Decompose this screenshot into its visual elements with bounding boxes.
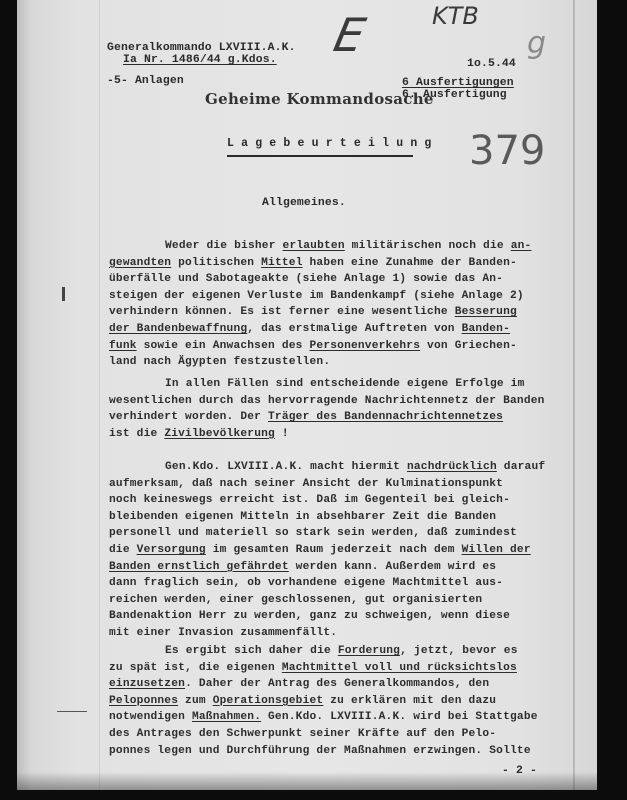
text-run: zu erklären mit den dazu [323,695,496,707]
paragraph-2-line: In allen Fällen sind entscheidende eigen… [165,378,525,390]
underlined-phrase: Träger des Bandennachrichtennetzes [268,411,503,423]
margin-dash [57,711,87,712]
text-run: Bandenaktion Herr zu werden, ganz zu sch… [109,610,510,622]
underlined-phrase: erlaubten [283,240,345,252]
paragraph-4-line: ponnes legen und Durchführung der Maßnah… [109,745,531,757]
paragraph-1-line: verhindern können. Es ist ferner eine we… [109,306,517,318]
text-run: reichen werden, einer geschlossenen, gut… [109,594,482,606]
paragraph-3-line: Gen.Kdo. LXVIII.A.K. macht hiermit nachd… [165,461,545,473]
underlined-phrase: Mittel [261,257,302,269]
paragraph-4-line: Es ergibt sich daher die Forderung, jetz… [165,645,518,657]
paragraph-4-line: einzusetzen. Daher der Antrag des Genera… [109,678,489,690]
command-line-1: Generalkommando LXVIII.A.K. [107,42,296,54]
underlined-phrase: Peloponnes [109,695,178,707]
paragraph-4-line: zu spät ist, die eigenen Machtmittel vol… [109,662,517,674]
paragraph-1-line: land nach Ägypten festzustellen. [109,356,330,368]
paragraph-1-line: steigen der eigenen Verluste im Bandenka… [109,290,524,302]
text-run: darauf [497,461,545,473]
text-run: im gesamten Raum jederzeit nach dem [206,544,462,556]
text-run: land nach Ägypten festzustellen. [109,356,330,368]
text-run: personell und materiell so stark sein we… [109,527,517,539]
underlined-phrase: Zivilbevölkerung [164,428,275,440]
underlined-phrase: an- [511,240,532,252]
text-run: Gen.Kdo. LXVIII.A.K. wird bei Stattgabe [261,711,538,723]
handwritten-page-number: 379 [469,128,545,174]
underlined-phrase: Willen der [462,544,531,556]
handwritten-margin-note: g [527,26,546,61]
paragraph-3-line: personell und materiell so stark sein we… [109,527,517,539]
underlined-phrase: Besserung [455,306,517,318]
text-run: militärischen noch die [345,240,511,252]
paragraph-1-line: überfälle und Sabotageakte (siehe Anlage… [109,273,503,285]
text-run: notwendigen [109,711,192,723]
paragraph-2-line: wesentlichen durch das hervorragende Nac… [109,395,545,407]
handwritten-ktb: KTB [432,2,479,30]
document-title: Lagebeurteilung [227,137,439,150]
paragraph-3-line: noch keineswegs erreicht ist. Daß im Geg… [109,494,510,506]
underlined-phrase: Operationsgebiet [213,695,324,707]
paragraph-1-line: gewandten politischen Mittel haben eine … [109,257,517,269]
underlined-phrase: gewandten [109,257,171,269]
attachments-note: -5- Anlagen [107,75,184,87]
paragraph-3-line: reichen werden, einer geschlossenen, gut… [109,594,482,606]
underlined-phrase: Banden- [462,323,510,335]
text-run: verhindert worden. Der [109,411,268,423]
text-run: ! [275,428,289,440]
text-run: , das erstmalige Auftreten von [247,323,461,335]
paragraph-1-line: Weder die bisher erlaubten militärischen… [165,240,531,252]
text-run: bleibenden eigenen Mitteln in absehbarer… [109,511,496,523]
text-run: Es ergibt sich daher die [165,645,338,657]
document-date: 1o.5.44 [467,58,516,70]
page-fold-right [573,0,575,790]
paragraph-3-line: mit einer Invasion zusammenfällt. [109,627,337,639]
underlined-phrase: Versorgung [137,544,206,556]
text-run: aufmerksam, daß nach seiner Ansicht der … [109,478,503,490]
underlined-phrase: nachdrücklich [407,461,497,473]
paragraph-3-line: dann fraglich sein, ob vorhandene eigene… [109,577,503,589]
underlined-phrase: der Bandenbewaffnung [109,323,247,335]
text-run: politischen [171,257,261,269]
text-run: . Daher der Antrag des Generalkommandos,… [185,678,489,690]
underlined-phrase: Banden ernstlich gefährdet [109,561,289,573]
margin-mark [62,287,65,301]
paragraph-3-line: Banden ernstlich gefährdet werden kann. … [109,561,496,573]
paragraph-1-line: funk sowie ein Anwachsen des Personenver… [109,340,517,352]
title-underline [227,155,413,157]
text-run: zu spät ist, die eigenen [109,662,282,674]
text-run: Gen.Kdo. LXVIII.A.K. macht hiermit [165,461,407,473]
command-line-2: Ia Nr. 1486/44 g.Kdos. [123,54,277,66]
text-run: werden kann. Außerdem wird es [289,561,496,573]
paragraph-3-line: aufmerksam, daß nach seiner Ansicht der … [109,478,503,490]
copies-total: 6 Ausfertigungen [402,77,514,89]
text-run: In allen Fällen sind entscheidende eigen… [165,378,525,390]
underlined-phrase: Personenverkehrs [310,340,421,352]
text-run: dann fraglich sein, ob vorhandene eigene… [109,577,503,589]
text-run: von Griechen- [420,340,517,352]
handwritten-letter-e: E [329,8,370,62]
page-crease-left [99,0,100,790]
paragraph-3-line: bleibenden eigenen Mitteln in absehbarer… [109,511,496,523]
text-run: haben eine Zunahme der Banden- [303,257,517,269]
document-page: Generalkommando LXVIII.A.K. Ia Nr. 1486/… [17,0,597,790]
underlined-phrase: Maßnahmen. [192,711,261,723]
paragraph-4-line: notwendigen Maßnahmen. Gen.Kdo. LXVIII.A… [109,711,538,723]
text-run: sowie ein Anwachsen des [137,340,310,352]
text-run: mit einer Invasion zusammenfällt. [109,627,337,639]
underlined-phrase: funk [109,340,137,352]
paragraph-2-line: verhindert worden. Der Träger des Banden… [109,411,503,423]
underlined-phrase: einzusetzen [109,678,185,690]
text-run: , jetzt, bevor es [400,645,518,657]
paragraph-3-line: Bandenaktion Herr zu werden, ganz zu sch… [109,610,510,622]
paragraph-4-line: des Antrages den Schwerpunkt seiner Kräf… [109,728,496,740]
text-run: die [109,544,137,556]
text-run: ist die [109,428,164,440]
paragraph-3-line: die Versorgung im gesamten Raum jederzei… [109,544,531,556]
text-run: ponnes legen und Durchführung der Maßnah… [109,745,531,757]
underlined-phrase: Machtmittel voll und rücksichtslos [282,662,517,674]
paragraph-4-line: Peloponnes zum Operationsgebiet zu erklä… [109,695,496,707]
text-run: des Antrages den Schwerpunkt seiner Kräf… [109,728,496,740]
section-heading: Allgemeines. [262,197,346,209]
copy-number: 6. Ausfertigung [402,89,507,101]
next-page-marker: - 2 - [502,765,537,777]
text-run: wesentlichen durch das hervorragende Nac… [109,395,545,407]
text-run: zum [178,695,213,707]
underlined-phrase: Forderung [338,645,400,657]
text-run: steigen der eigenen Verluste im Bandenka… [109,290,524,302]
text-run: überfälle und Sabotageakte (siehe Anlage… [109,273,503,285]
text-run: verhindern können. Es ist ferner eine we… [109,306,455,318]
paragraph-1-line: der Bandenbewaffnung, das erstmalige Auf… [109,323,510,335]
classification-stamp: Geheime Kommandosache [205,90,434,108]
text-run: Weder die bisher [165,240,283,252]
text-run: noch keineswegs erreicht ist. Daß im Geg… [109,494,510,506]
paragraph-2-line: ist die Zivilbevölkerung ! [109,428,289,440]
